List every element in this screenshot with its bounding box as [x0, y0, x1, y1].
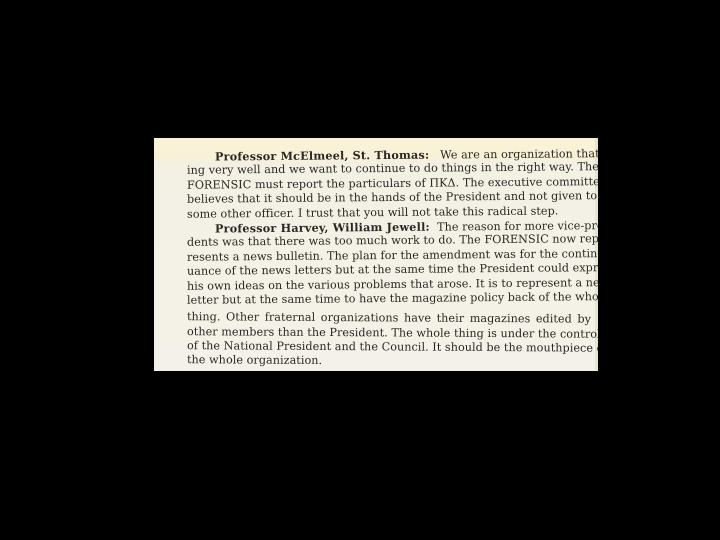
paragraph-harvey: Professor Harvey, William Jewell: The re…	[159, 222, 591, 366]
paragraph-mcelmeel: Professor McElmeel, St. Thomas: We are a…	[159, 150, 591, 222]
document-body: Professor McElmeel, St. Thomas: We are a…	[159, 150, 591, 366]
scanned-document-page: Professor McElmeel, St. Thomas: We are a…	[154, 138, 598, 371]
text-line: the whole organization.	[159, 353, 591, 370]
text-line: letter but at the same time to have the …	[159, 290, 591, 308]
